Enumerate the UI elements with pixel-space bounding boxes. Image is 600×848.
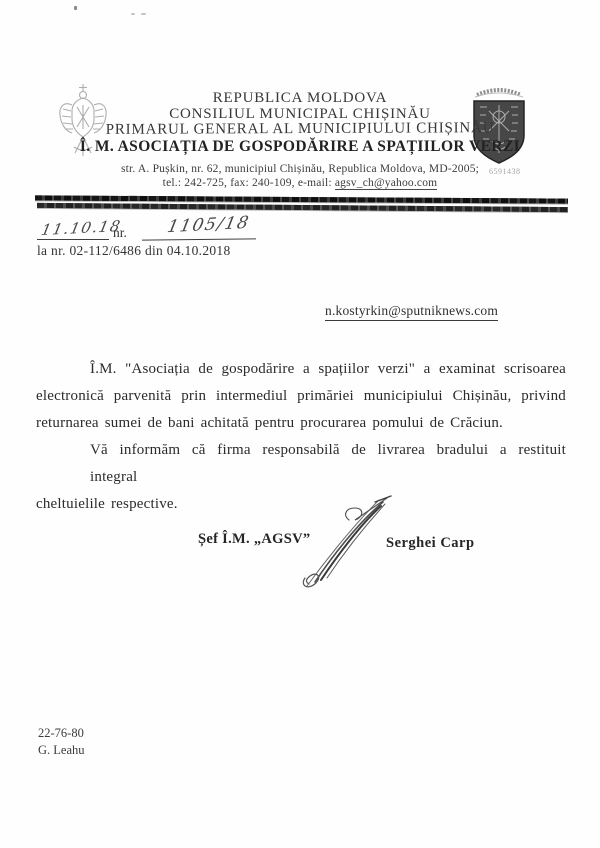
executor-phone: 22-76-80 [38, 725, 85, 742]
handwritten-outgoing-number: 1105/18 [166, 213, 252, 237]
date-underline [37, 239, 109, 240]
scanned-letter-page: REPUBLICA MOLDOVA CONSILIUL MUNICIPAL CH… [0, 0, 600, 848]
scan-artifact [141, 13, 146, 15]
paragraph-1: Î.M. "Asociația de gospodărire a spațiil… [36, 356, 566, 437]
letterhead-contacts: tel.: 242-725, fax: 240-109, e-mail: ags… [0, 177, 600, 189]
body-line: electronică parvenită prin intermediul p… [36, 383, 566, 410]
number-underline [142, 238, 256, 240]
signatory-name: Serghei Carp [386, 535, 475, 552]
body-line: Vă informăm că firma responsabilă de liv… [36, 437, 566, 491]
body-line: returnarea sumei de bani achitată pentru… [36, 410, 566, 437]
form-serial-number: 6591438 [489, 167, 521, 176]
scan-artifact [131, 13, 135, 15]
letterhead-organization: Î. M. ASOCIAȚIA DE GOSPODĂRIRE A SPAȚIIL… [0, 138, 600, 156]
org-email: agsv_ch@yahoo.com [335, 177, 437, 190]
recipient-email: n.kostyrkin@sputniknews.com [325, 303, 498, 321]
scan-artifact [74, 6, 77, 10]
letterhead-country: REPUBLICA MOLDOVA [0, 90, 600, 107]
scan-bar [37, 203, 568, 212]
executor-name: G. Leahu [38, 742, 85, 759]
incoming-reference-line: la nr. 02-112/6486 din 04.10.2018 [37, 243, 231, 259]
letterhead-mayor: PRIMARUL GENERAL AL MUNICIPIULUI CHIȘINĂ… [0, 120, 600, 140]
executor-block: 22-76-80 G. Leahu [38, 725, 85, 759]
scan-bar [35, 195, 568, 203]
handwritten-outgoing-date: 11.10.18 [40, 217, 123, 239]
nr-label: nr. [113, 225, 127, 241]
letterhead-phone-fax: tel.: 242-725, fax: 240-109, e-mail: [163, 177, 335, 189]
body-line: Î.M. "Asociația de gospodărire a spațiil… [36, 356, 566, 383]
